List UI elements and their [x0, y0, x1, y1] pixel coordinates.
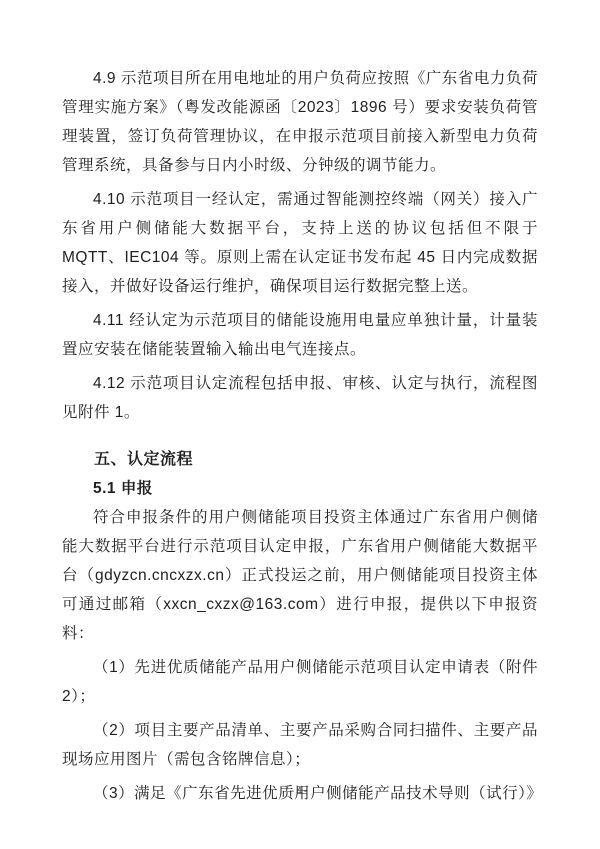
paragraph-4-9: 4.9 示范项目所在用电地址的用户负荷应按照《广东省电力负荷管理实施方案》（粤发…: [62, 64, 538, 180]
paragraph-4-12: 4.12 示范项目认定流程包括申报、审核、认定与执行，流程图见附件 1。: [62, 369, 538, 427]
list-item-1: （1）先进优质储能产品用户侧储能示范项目认定申请表（附件 2）；: [62, 653, 538, 711]
list-item-2: （2）项目主要产品清单、主要产品采购合同扫描件、主要产品现场应用图片（需包含铭牌…: [62, 716, 538, 774]
document-body: 4.9 示范项目所在用电地址的用户负荷应按照《广东省电力负荷管理实施方案》（粤发…: [62, 64, 538, 813]
page-number: -4-: [0, 786, 600, 797]
paragraph-4-10: 4.10 示范项目一经认定，需通过智能测控终端（网关）接入广东省用户侧储能大数据…: [62, 185, 538, 301]
subsection-heading-5-1: 5.1 申报: [62, 474, 538, 503]
paragraph-5-1-intro: 符合申报条件的用户侧储能项目投资主体通过广东省用户侧储能大数据平台进行示范项目认…: [62, 503, 538, 648]
document-page: 4.9 示范项目所在用电地址的用户负荷应按照《广东省电力负荷管理实施方案》（粤发…: [0, 0, 600, 849]
paragraph-4-11: 4.11 经认定为示范项目的储能设施用电量应单独计量，计量装置应安装在储能装置输…: [62, 306, 538, 364]
section-heading-5: 五、认定流程: [62, 445, 538, 474]
